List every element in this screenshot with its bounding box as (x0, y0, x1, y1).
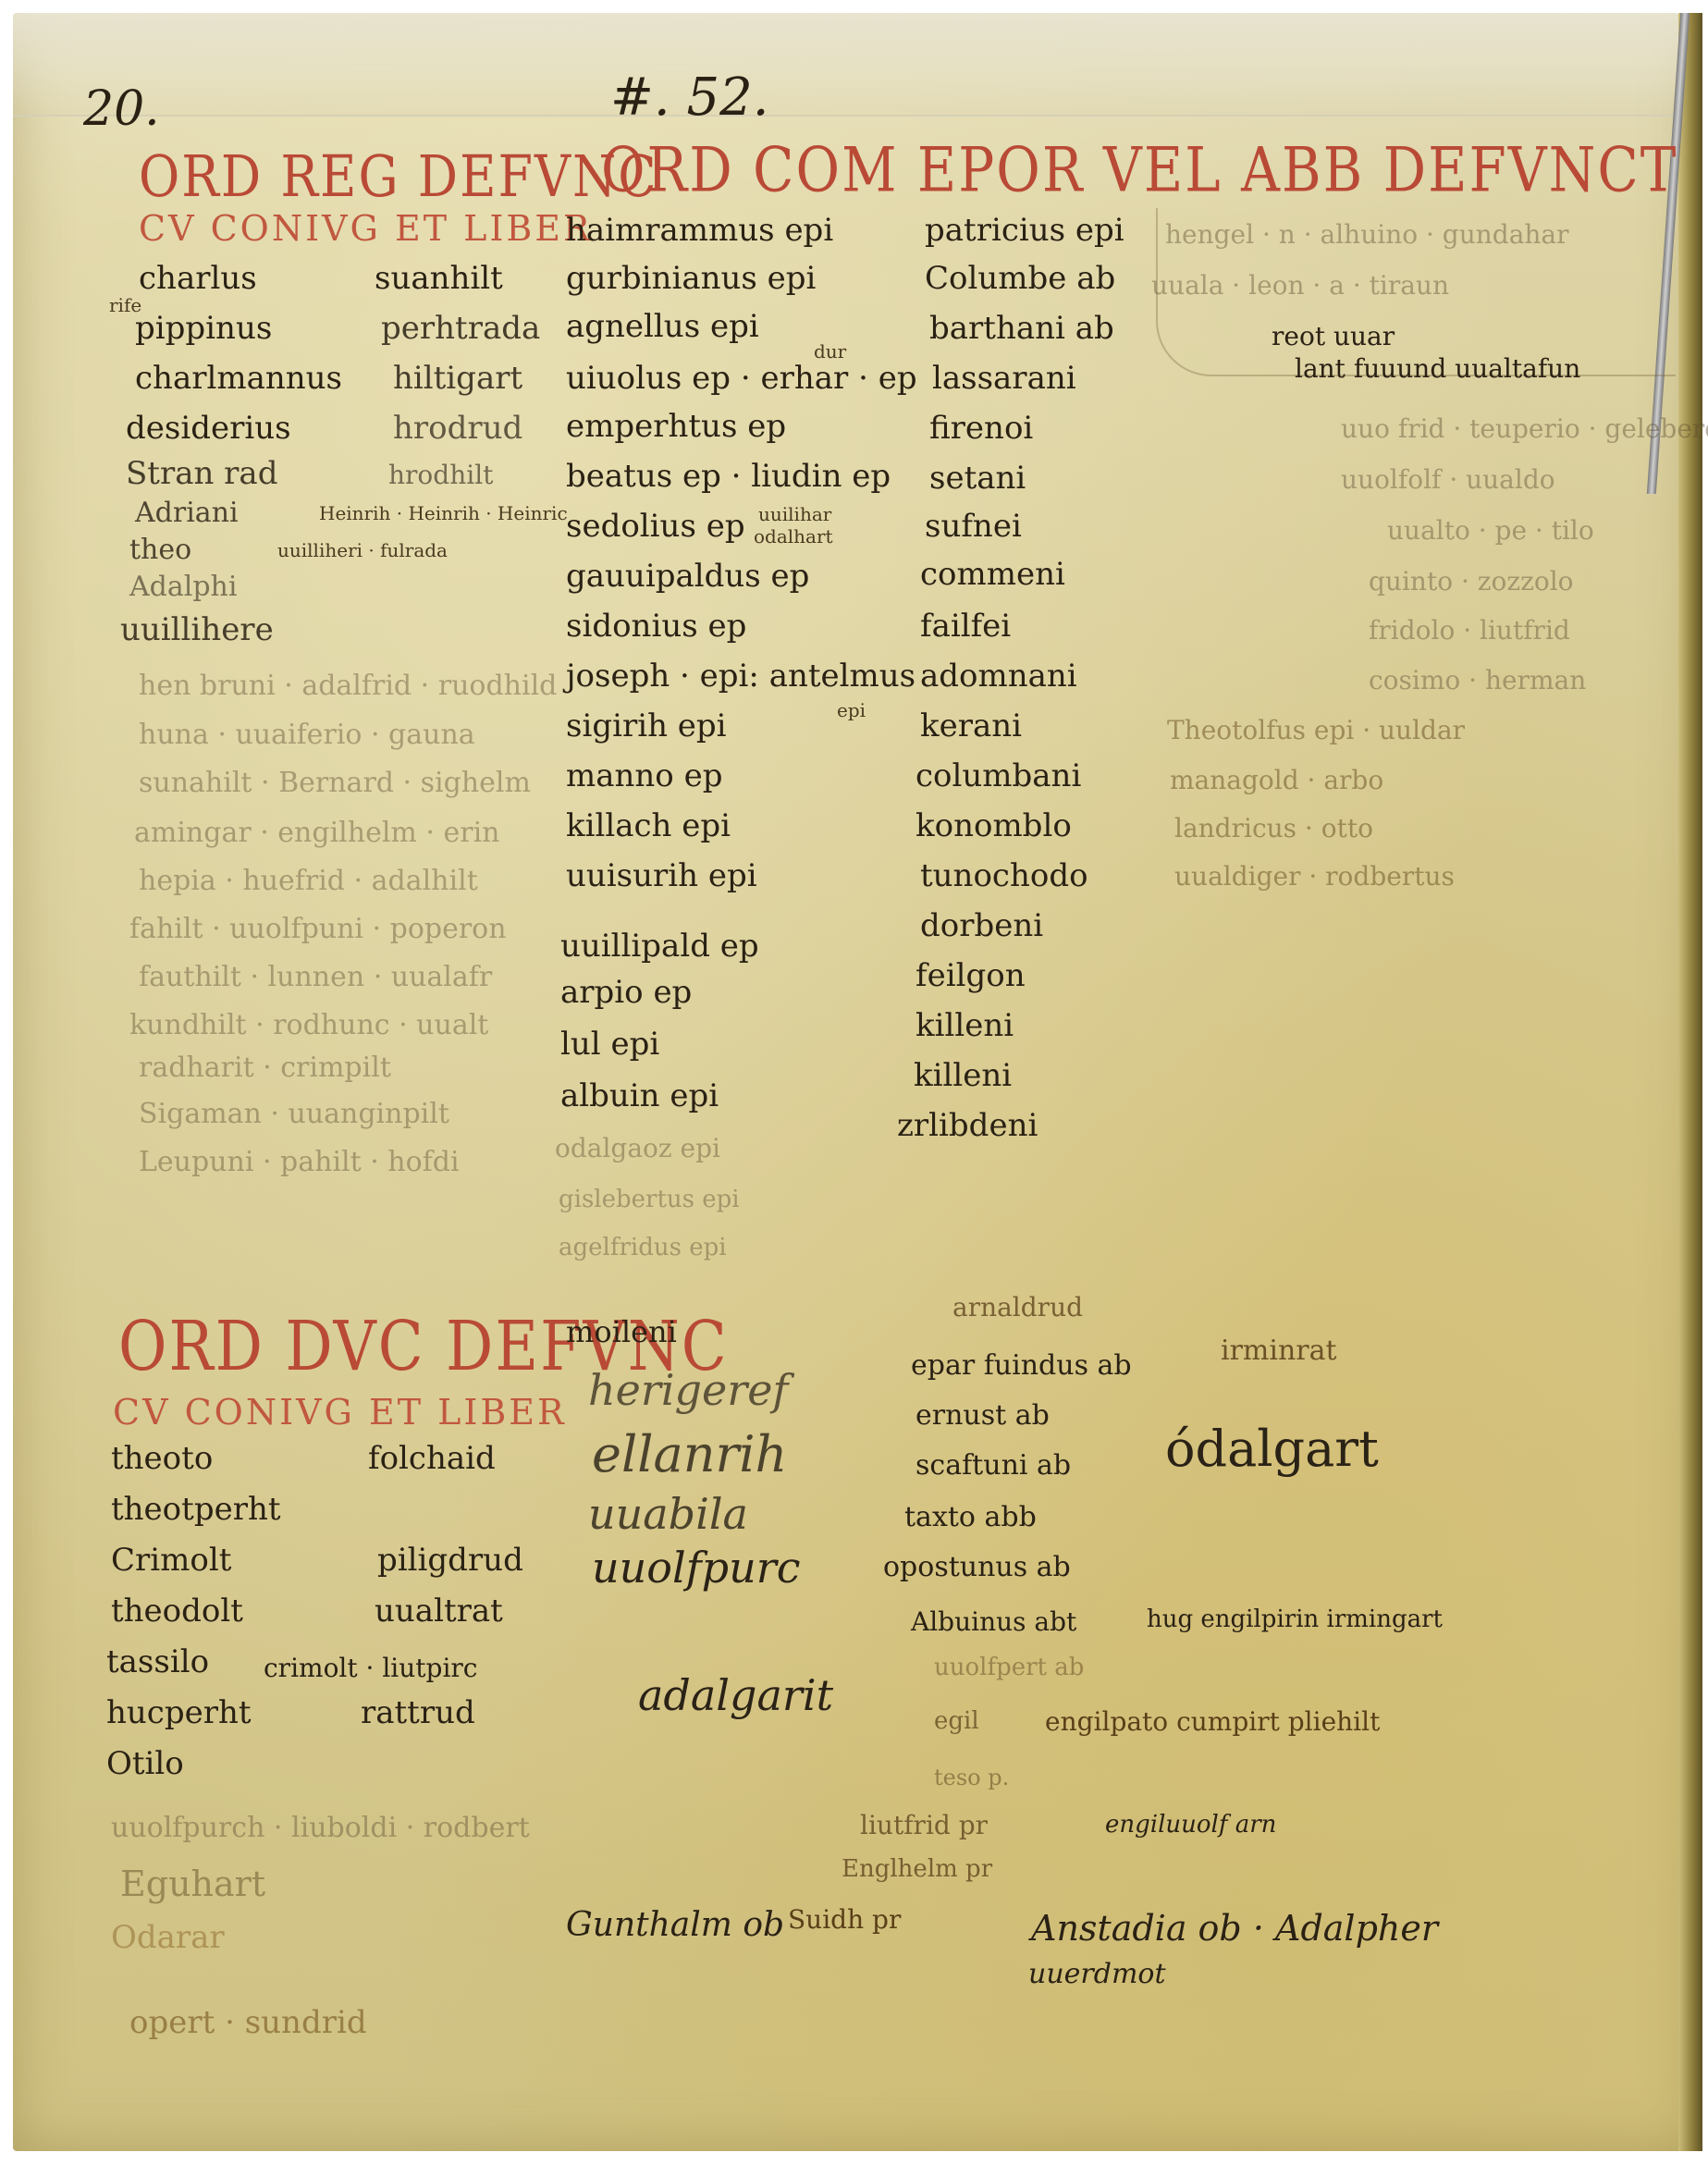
faint-bishop: gislebertus epi (559, 1187, 740, 1212)
queen-name: hrodrud (393, 412, 522, 444)
queen-name: suanhilt (375, 263, 503, 294)
faint-entry: Theotolfus epi · uuldar (1167, 718, 1465, 744)
abbot-name: taxto abb (904, 1504, 1037, 1531)
abbot-name: lassarani (932, 363, 1076, 394)
bishop-name: sigirih epi (566, 710, 727, 742)
faint-name: Englhelm pr (842, 1857, 992, 1881)
pencil-name: uuabila (588, 1493, 748, 1535)
folio-top-margin (13, 13, 1696, 117)
faint-name: arnaldrud (952, 1295, 1083, 1321)
name-entry: ódalgart (1165, 1424, 1379, 1474)
abbot-name: scaftuni ab (915, 1452, 1071, 1480)
duchess-name: uualtrat (375, 1595, 503, 1627)
pencil-name: uuolfpurc (592, 1546, 801, 1589)
faint-entry: huna · uuaiferio · gauna (139, 721, 475, 749)
bishop-name: killach epi (566, 810, 731, 842)
bishop-name: haimrammus epi (566, 215, 833, 246)
abbot-name: firenoi (929, 412, 1033, 444)
bishop-name: agnellus epi (566, 311, 759, 342)
shelfmark: #. 52. (610, 72, 769, 124)
bishop-name: manno ep (566, 760, 722, 792)
faint-entry: uualto · pe · tilo (1387, 518, 1594, 544)
queen-name: perhtrada (381, 313, 540, 344)
abbot-name: barthani ab (929, 313, 1114, 344)
faint-entry: managold · arbo (1170, 768, 1383, 793)
gloss-odalhart: odalhart (754, 527, 833, 546)
name-entry: moileni (566, 1317, 677, 1347)
name-entry: Anstadia ob · Adalpher (1031, 1911, 1438, 1946)
king-name: charlus (139, 263, 257, 294)
folio-right-edge (1678, 13, 1702, 2151)
bishop-name: joseph · epi: antelmus (566, 660, 915, 692)
pencil-name: herigeref (588, 1369, 788, 1411)
faint-name: Suidh pr (788, 1907, 901, 1933)
heading-kings: ORD REG DEFVNC (139, 148, 658, 205)
subheading-dukes: CV CONIVG ET LIBER (113, 1395, 567, 1430)
faint-entry: uuo frid · teuperio · geleberd (1341, 416, 1708, 442)
abbot-name: epar fuindus ab (911, 1352, 1132, 1380)
gloss-heinrih: Heinrih · Heinrih · Heinric (319, 504, 568, 523)
faint-entry: Sigaman · uuanginpilt (139, 1101, 449, 1128)
name-entry: Gunthalm ob (566, 1909, 784, 1942)
abbot-name: patricius epi (925, 215, 1124, 246)
abbot-name: kerani (920, 710, 1022, 742)
duke-name: theodolt (111, 1595, 243, 1627)
bishop-name: sedolius ep (566, 510, 745, 542)
gloss-theo: uuilliheri · fulrada (277, 541, 448, 560)
abbot-name: adomnani (920, 660, 1077, 692)
faint-entry: uuala · leon · a · tiraun (1151, 273, 1449, 299)
bishop-name: sidonius ep (566, 610, 746, 642)
name-entry: hug engilpirin irmingart (1147, 1607, 1443, 1631)
faint-entry: fahilt · uuolfpuni · poperon (129, 916, 507, 943)
faint-bishop: agelfridus epi (559, 1236, 727, 1260)
abbot-name: konomblo (915, 810, 1072, 842)
faint-entry: Eguhart (120, 1866, 265, 1901)
bishop-name: uuillipald ep (560, 930, 759, 962)
abbot-name: ernust ab (915, 1402, 1050, 1430)
abbot-name: columbani (915, 760, 1081, 792)
faint-name: uuolfpert ab (934, 1655, 1084, 1679)
faint-entry: sunahilt · Bernard · sighelm (139, 769, 531, 797)
duke-name: hucperht (106, 1697, 252, 1728)
king-name: uuillihere (120, 614, 274, 646)
king-name: Adalphi (129, 573, 237, 601)
abbot-name: feilgon (915, 960, 1026, 991)
abbot-name: killeni (915, 1010, 1014, 1041)
bishop-name: gauuipaldus ep (566, 560, 809, 592)
abbot-name: killeni (914, 1060, 1012, 1091)
bishop-name: uiuolus ep · erhar · ep (566, 363, 917, 394)
faint-entry: kundhilt · rodhunc · uualt (129, 1012, 488, 1039)
faint-entry: Odarar (111, 1922, 225, 1953)
heading-bishops-abbots: ORD COM EPOR VEL ABB DEFVNCT (601, 139, 1677, 201)
gloss-epi: epi (837, 701, 866, 720)
abbot-name: setani (929, 462, 1026, 494)
duke-name: theoto (111, 1443, 213, 1474)
faint-name: liutfrid pr (860, 1813, 988, 1839)
faint-entry: quinto · zozzolo (1369, 569, 1574, 595)
faint-entry: hengel · n · alhuino · gundahar (1165, 222, 1569, 248)
abbot-name: sufnei (925, 510, 1022, 542)
name-entry: engiluuolf arn (1105, 1813, 1276, 1837)
faint-entry: amingar · engilhelm · erin (134, 819, 500, 847)
margin-entry: lant fuuund uualtafun (1295, 356, 1580, 382)
faint-entry: landricus · otto (1174, 816, 1373, 842)
bishop-name: albuin epi (560, 1080, 719, 1112)
faint-entry: fauthilt · lunnen · uualafr (139, 964, 492, 991)
faint-entry: uuolfolf · uualdo (1341, 467, 1555, 493)
margin-entry: reot uuar (1272, 324, 1395, 350)
duke-name: Otilo (106, 1748, 184, 1779)
faint-name: teso p. (934, 1766, 1009, 1789)
abbot-name: commeni (920, 559, 1065, 590)
faint-entry: cosimo · herman (1369, 668, 1586, 694)
faint-entry: uualdiger · rodbertus (1174, 864, 1455, 890)
abbot-name: opostunus ab (883, 1554, 1071, 1581)
duchess-name: rattrud (361, 1697, 475, 1728)
faint-entry: hepia · huefrid · adalhilt (139, 867, 478, 895)
abbot-name: dorbeni (920, 910, 1043, 941)
duke-name: Crimolt (111, 1544, 231, 1576)
name-entry: irminrat (1221, 1337, 1337, 1365)
queen-name: hiltigart (393, 363, 522, 394)
king-name: theo (129, 536, 191, 564)
name-entry: engilpato cumpirt pliehilt (1045, 1709, 1380, 1735)
bishop-name: emperhtus ep (566, 411, 786, 442)
faint-bishop: odalgaoz epi (555, 1136, 720, 1162)
abbot-name: Columbe ab (925, 263, 1115, 294)
bishop-name: gurbinianus epi (566, 263, 816, 294)
king-name: Stran rad (126, 458, 277, 489)
faint-entry: opert · sundrid (129, 2007, 367, 2038)
pencil-name: ellanrih (592, 1430, 787, 1480)
bishop-name: beatus ep · liudin ep (566, 461, 891, 492)
duchess-name: piligdrud (377, 1544, 523, 1576)
gloss-dur: dur (814, 342, 846, 361)
pencil-name: adalgarit (638, 1674, 833, 1716)
abbot-name: tunochodo (920, 860, 1088, 892)
faint-entry: Leupuni · pahilt · hofdi (139, 1149, 460, 1176)
queen-name: hrodhilt (388, 462, 493, 488)
faint-entry: hen bruni · adalfrid · ruodhild (139, 672, 557, 700)
faint-name: egil (934, 1709, 979, 1733)
faint-entry: uuolfpurch · liuboldi · rodbert (111, 1814, 530, 1842)
gloss-uuilihar: uuilihar (758, 505, 831, 523)
folio-number: 20. (83, 85, 160, 133)
abbot-name: zrlibdeni (897, 1110, 1038, 1141)
bishop-name: arpio ep (560, 977, 692, 1008)
duchess-name: folchaid (368, 1443, 496, 1474)
subheading-kings: CV CONIVG ET LIBER (139, 211, 593, 246)
name-entry: uuerdmot (1028, 1961, 1166, 1988)
faint-entry: radharit · crimpilt (139, 1054, 391, 1082)
faint-entry: fridolo · liutfrid (1369, 618, 1570, 644)
duchess-name: crimolt · liutpirc (264, 1655, 477, 1681)
abbot-name: failfei (920, 610, 1011, 642)
abbot-name: Albuinus abt (911, 1609, 1076, 1635)
king-name: pippinus (135, 313, 272, 344)
bishop-name: uuisurih epi (566, 860, 757, 892)
duke-name: theotperht (111, 1494, 281, 1525)
duke-name: tassilo (106, 1646, 209, 1678)
king-name: charlmannus (135, 363, 342, 394)
bishop-name: lul epi (560, 1028, 659, 1060)
king-name: Adriani (135, 499, 239, 527)
king-name: desiderius (126, 412, 291, 444)
